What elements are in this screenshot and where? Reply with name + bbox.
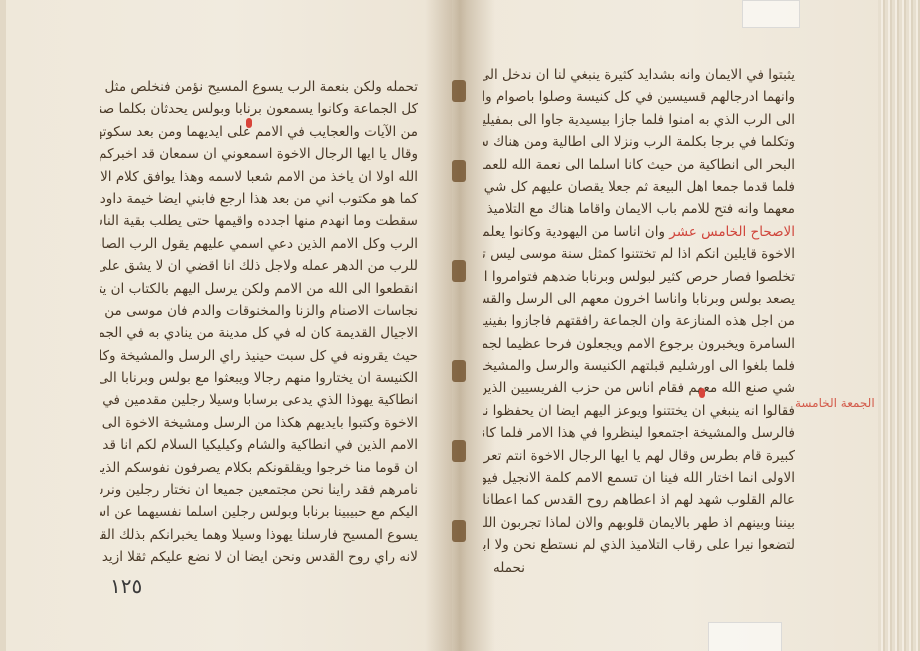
text-line: تحمله ولكن بنعمة الرب يسوع المسيح نؤمن ف…	[100, 76, 418, 98]
margin-note: الجمعة الخامسة	[795, 396, 875, 410]
text-line: نجاسات الاصنام والزنا والمخنوقات والدم ف…	[100, 300, 418, 322]
text-line: فلما بلغوا الى اورشليم قبلتهم الكنيسة وا…	[483, 355, 795, 377]
left-page-text: تحمله ولكن بنعمة الرب يسوع المسيح نؤمن ف…	[100, 76, 418, 569]
text-line: وتكلما في برجا بكلمة الرب ونزلا الى اطال…	[483, 131, 795, 153]
text-line: الاولى انما اختار الله فينا ان تسمع الام…	[483, 467, 795, 489]
text-line: الاخوة وكتبوا بايديهم هكذا من الرسل ومشي…	[100, 412, 418, 434]
chapter-rubric: الاصحاح الخامس عشر	[669, 224, 795, 240]
text-line: فلما قدما جمعا اهل البيعة ثم جعلا يقصان …	[483, 176, 795, 198]
repair-tape	[708, 622, 782, 651]
text-line: يصعد بولس وبرنابا واناسا اخرون معهم الى …	[483, 288, 795, 310]
repair-tape	[742, 0, 800, 28]
text-line: سقطت وما انهدم منها اجدده واقيمها حتى يط…	[100, 210, 418, 232]
text-line: انقطعوا الى الله من الامم ولكن يرسل اليه…	[100, 278, 418, 300]
text-line: ان قوما منا خرجوا ويقلقونكم بكلام يصرفون…	[100, 457, 418, 479]
text-line: فالرسل والمشيخة اجتمعوا لينظروا في هذا ا…	[483, 422, 795, 444]
binding-stitch	[452, 360, 466, 382]
text-line: وقال يا ايها الرجال الاخوة اسمعوني ان سم…	[100, 143, 418, 165]
text-line: عالم القلوب شهد لهم اذ اعطاهم روح القدس …	[483, 489, 795, 511]
text-line: معهما وانه فتح للامم باب الايمان واقاما …	[483, 198, 795, 220]
manuscript-spread: تحمله ولكن بنعمة الرب يسوع المسيح نؤمن ف…	[0, 0, 920, 651]
text-line: اليكم مع حبيبينا برنابا وبولس رجلين اسلم…	[100, 501, 418, 523]
text-line: الله اولا ان ياخذ من الامم شعبا لاسمه وه…	[100, 166, 418, 188]
text-line: من الآيات والعجايب في الامم على ايديهما …	[100, 121, 418, 143]
text-line: الامم الذين في انطاكية والشام وكيليكيا ا…	[100, 434, 418, 456]
binding-stitch	[452, 440, 466, 462]
text-line: الاخوة قايلين انكم اذا لم تختتنوا كمثل س…	[483, 243, 795, 265]
text-line: بيننا وبينهم اذ طهر بالايمان قلوبهم والا…	[483, 512, 795, 534]
text-line: كل الجماعة وكانوا يسمعون برنابا وبولس يح…	[100, 98, 418, 120]
text-line: شي صنع الله معهم فقام اناس من حزب الفريس…	[483, 377, 795, 399]
text-line-with-rubric: الاصحاح الخامس عشر وان اناسا من اليهودية…	[483, 221, 795, 243]
text-line: تخلصوا فصار حرص كثير لبولس وبرنابا ضدهم …	[483, 266, 795, 288]
rubric-mark	[246, 118, 252, 128]
text-line: السامرة ويخبرون برجوع الامم ويجعلون فرحا…	[483, 333, 795, 355]
text-line: كما هو مكتوب اني من بعد هذا ارجع فابني ا…	[100, 188, 418, 210]
right-page-text: يثبتوا في الايمان وانه بشدايد كثيرة ينبغ…	[483, 64, 795, 579]
text-line: حيث يقرونه في كل سبت حينيذ راي الرسل وال…	[100, 345, 418, 367]
text-line: فقالوا انه ينبغي ان يختتنوا ويوعز اليهم …	[483, 400, 795, 422]
text-line: انطاكية يهوذا الذي يدعى برسابا وسيلا رجل…	[100, 389, 418, 411]
text-line: وانهما ادرجالهم قسيسين في كل كنيسة وصلوا…	[483, 86, 795, 108]
text-segment: وان اناسا من اليهودية وكانوا يعلمون	[483, 224, 665, 240]
text-line: لانه راي روح القدس ونحن ايضا ان لا نضع ع…	[100, 546, 418, 568]
text-line: نامرهم فقد راينا نحن مجتمعين جميعا ان نخ…	[100, 479, 418, 501]
text-line: يثبتوا في الايمان وانه بشدايد كثيرة ينبغ…	[483, 64, 795, 86]
text-line: الكنيسة ان يختاروا منهم رجالا ويبعثوا مع…	[100, 367, 418, 389]
text-line: من اجل هذه المنازعة وان الجماعة رافقتهم …	[483, 310, 795, 332]
binding-stitch	[452, 80, 466, 102]
text-line: يسوع المسيح فارسلنا يهوذا وسيلا وهما يخب…	[100, 524, 418, 546]
binding-stitch	[452, 160, 466, 182]
rubric-mark	[699, 388, 705, 398]
text-line: الرب وكل الامم الذين دعي اسمي عليهم يقول…	[100, 233, 418, 255]
folio-number: ١٢٥	[110, 574, 142, 598]
text-line: لتضعوا نيرا على رقاب التلاميذ الذي لم نس…	[483, 534, 795, 556]
text-line: البحر الى انطاكية من حيث كانا اسلما الى …	[483, 154, 795, 176]
catchword: نحمله	[483, 557, 795, 579]
text-line: للرب من الدهر عمله ولاجل ذلك انا اقضي ان…	[100, 255, 418, 277]
text-line: الاجيال القديمة كان له في كل مدينة من ين…	[100, 322, 418, 344]
page-edges	[878, 0, 920, 651]
text-line: الى الرب الذي به امنوا فلما جازا بيسيدية…	[483, 109, 795, 131]
binding-stitch	[452, 520, 466, 542]
binding-stitch	[452, 260, 466, 282]
text-line: كبيرة قام بطرس وقال لهم يا ايها الرجال ا…	[483, 445, 795, 467]
